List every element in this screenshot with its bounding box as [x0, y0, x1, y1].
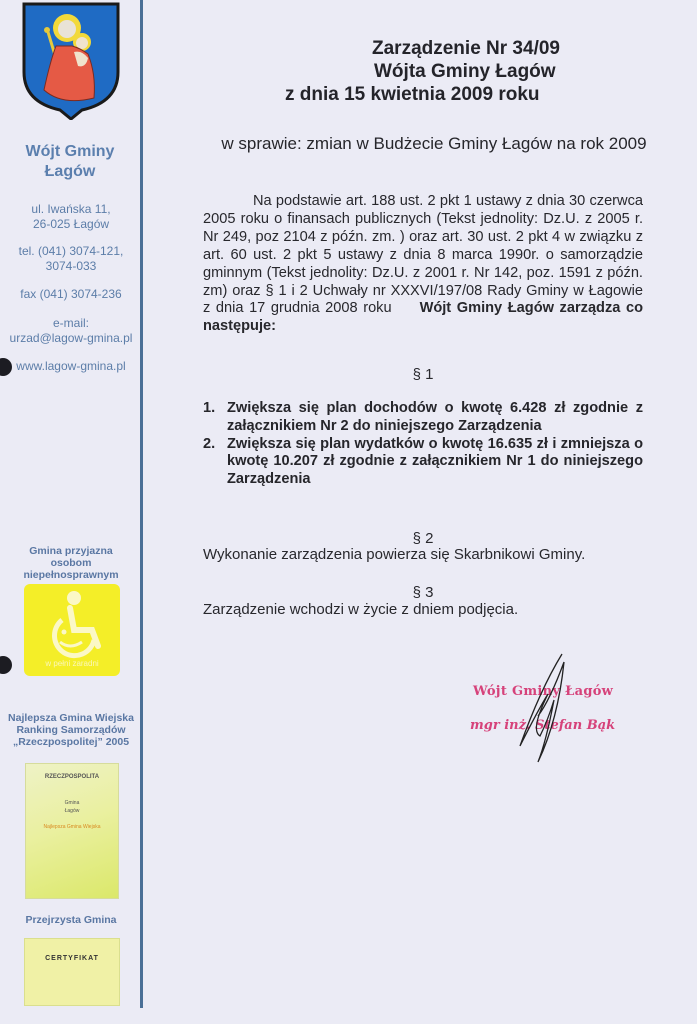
website-link[interactable]: www.lagow-gmina.pl: [0, 359, 142, 374]
address-postcode: 26-025 Łagów: [0, 217, 142, 232]
list-item: 1. Zwiększa się plan dochodów o kwotę 6.…: [203, 400, 643, 436]
badge-ranking-heading-3: „Rzeczpospolitej” 2005: [0, 736, 142, 749]
accessibility-badge: w pełni zaradni: [24, 584, 120, 676]
preamble: Na podstawie art. 188 ust. 2 pkt 1 ustaw…: [203, 193, 643, 336]
phone-2: 3074-033: [0, 259, 142, 274]
document-subject: w sprawie: zmian w Budżecie Gminy Łagów …: [208, 133, 660, 154]
email-label: e-mail:: [0, 316, 142, 331]
badge-accessibility-heading-1: Gmina przyjazna: [0, 545, 142, 558]
transparency-certificate-image: CERTYFIKAT: [24, 938, 120, 1006]
section-1-heading: § 1: [203, 366, 643, 383]
section-3-heading: § 3: [203, 584, 643, 601]
badge-ranking-heading-1: Najlepsza Gmina Wiejska: [0, 712, 142, 725]
document-title-date: z dnia 15 kwietnia 2009 roku: [200, 83, 680, 106]
preamble-text: Na podstawie art. 188 ust. 2 pkt 1 ustaw…: [203, 193, 643, 316]
badge-transparency-heading: Przejrzysta Gmina: [0, 914, 142, 927]
fax: fax (041) 3074-236: [0, 287, 142, 302]
punch-hole: [0, 656, 12, 674]
badge-accessibility-heading-3: niepełnosprawnym: [0, 569, 142, 582]
address-street: ul. Iwańska 11,: [0, 202, 142, 217]
letterhead-sidebar: Wójt Gminy Łagów ul. Iwańska 11, 26-025 …: [0, 0, 142, 1024]
section-2-text: Wykonanie zarządzenia powierza się Skarb…: [203, 546, 585, 563]
section-2-heading: § 2: [203, 530, 643, 547]
section-1-list: 1. Zwiększa się plan dochodów o kwotę 6.…: [203, 400, 643, 489]
badge-motto: w pełni zaradni: [24, 659, 120, 668]
list-item: 2. Zwiększa się plan wydatków o kwotę 16…: [203, 436, 643, 489]
office-title-town: Łagów: [0, 162, 140, 181]
ranking-certificate-image: RZECZPOSPOLITA Gmina Łagów Najlepsza Gmi…: [25, 763, 119, 899]
badge-accessibility-heading-2: osobom: [0, 557, 142, 570]
signature-icon: [500, 650, 590, 765]
phone: tel. (041) 3074-121,: [0, 244, 142, 259]
email-link[interactable]: urzad@lagow-gmina.pl: [0, 331, 142, 346]
badge-ranking-heading-2: Ranking Samorządów: [0, 724, 142, 737]
office-title: Wójt Gminy: [0, 142, 140, 161]
document-title-issuer: Wójta Gminy Łagów: [200, 60, 680, 83]
coat-of-arms-icon: [22, 2, 120, 120]
section-3-text: Zarządzenie wchodzi w życie z dniem podj…: [203, 601, 518, 618]
document-title: Zarządzenie Nr 34/09: [200, 37, 680, 60]
vertical-rule: [140, 0, 143, 1008]
